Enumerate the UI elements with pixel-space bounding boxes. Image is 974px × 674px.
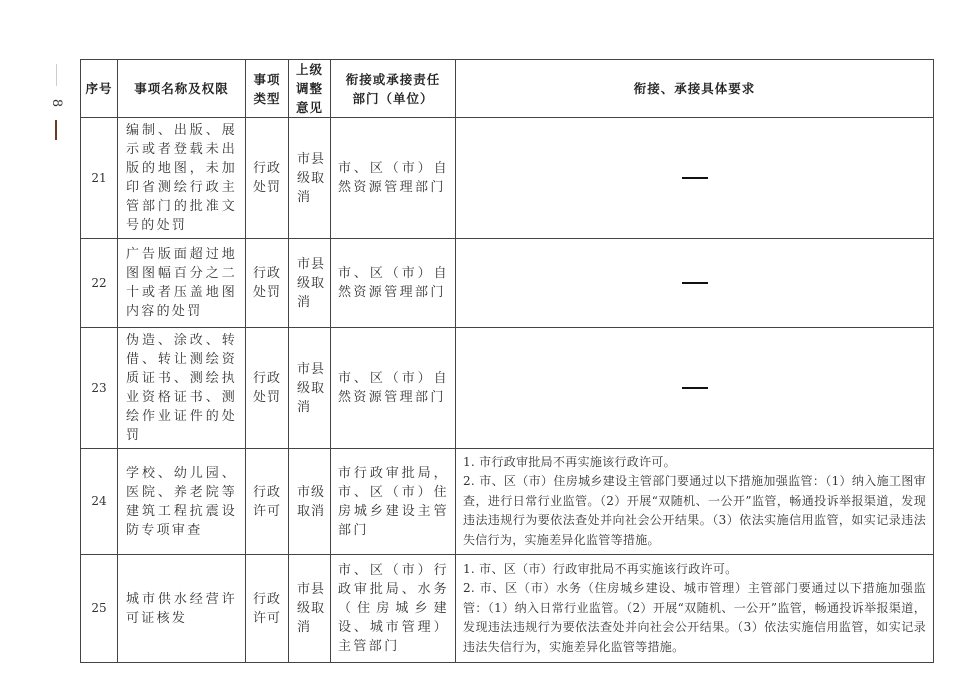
header-requirements: 衔接、承接具体要求 bbox=[456, 60, 934, 118]
row-item-name: 广告版面超过地图图幅百分之二十或者压盖地图内容的处罚 bbox=[118, 239, 246, 328]
header-item-type: 事项类型 bbox=[246, 60, 289, 118]
row-responsible-dept: 市、区（市）行政审批局、水务（住房城乡建设、城市管理）主管部门 bbox=[331, 555, 456, 663]
row-item-type: 行政处罚 bbox=[246, 118, 289, 239]
adjustment-table: 序号 事项名称及权限 事项类型 上级调整意见 衔接或承接责任部门（单位） 衔接、… bbox=[80, 59, 934, 663]
row-item-type: 行政许可 bbox=[246, 449, 289, 555]
em-dash-placeholder bbox=[682, 177, 708, 179]
requirement-line: 2. 市、区（市）水务（住房城乡建设、城市管理）主管部门要通过以下措施加强监管：… bbox=[463, 579, 926, 657]
row-number: 21 bbox=[81, 118, 118, 239]
row-item-type: 行政处罚 bbox=[246, 328, 289, 449]
row-adjustment: 市级取消 bbox=[289, 449, 331, 555]
row-requirements bbox=[456, 239, 934, 328]
page-number: 8 bbox=[44, 62, 68, 142]
header-adjustment: 上级调整意见 bbox=[289, 60, 331, 118]
requirement-line: 1. 市、区（市）行政审批局不再实施该行政许可。 bbox=[463, 560, 926, 580]
row-item-type: 行政处罚 bbox=[246, 239, 289, 328]
row-item-name: 编制、出版、展示或者登载未出版的地图，未加印省测绘行政主管部门的批准文号的处罚 bbox=[118, 118, 246, 239]
page-number-dash-top bbox=[56, 64, 57, 86]
row-requirements: 1. 市、区（市）行政审批局不再实施该行政许可。 2. 市、区（市）水务（住房城… bbox=[456, 555, 934, 663]
row-item-name: 城市供水经营许可证核发 bbox=[118, 555, 246, 663]
table-row: 23 伪造、涂改、转借、转让测绘资质证书、测绘执业资格证书、测绘作业证件的处罚 … bbox=[81, 328, 934, 449]
header-item-name: 事项名称及权限 bbox=[118, 60, 246, 118]
requirement-line: 1. 市行政审批局不再实施该行政许可。 bbox=[463, 453, 926, 473]
row-item-name: 伪造、涂改、转借、转让测绘资质证书、测绘执业资格证书、测绘作业证件的处罚 bbox=[118, 328, 246, 449]
table-row: 24 学校、幼儿园、医院、养老院等建筑工程抗震设防专项审查 行政许可 市级取消 … bbox=[81, 449, 934, 555]
table-row: 25 城市供水经营许可证核发 行政许可 市县级取消 市、区（市）行政审批局、水务… bbox=[81, 555, 934, 663]
row-adjustment: 市县级取消 bbox=[289, 239, 331, 328]
row-item-type: 行政许可 bbox=[246, 555, 289, 663]
row-adjustment: 市县级取消 bbox=[289, 555, 331, 663]
row-requirements bbox=[456, 118, 934, 239]
table-row: 22 广告版面超过地图图幅百分之二十或者压盖地图内容的处罚 行政处罚 市县级取消… bbox=[81, 239, 934, 328]
em-dash-placeholder bbox=[682, 387, 708, 389]
row-number: 22 bbox=[81, 239, 118, 328]
page-number-value: 8 bbox=[49, 99, 63, 107]
row-adjustment: 市县级取消 bbox=[289, 328, 331, 449]
em-dash-placeholder bbox=[682, 282, 708, 284]
row-number: 25 bbox=[81, 555, 118, 663]
row-responsible-dept: 市、区（市）自然资源管理部门 bbox=[331, 118, 456, 239]
header-responsible-dept: 衔接或承接责任部门（单位） bbox=[331, 60, 456, 118]
page-number-dash-bottom bbox=[55, 120, 57, 140]
row-number: 23 bbox=[81, 328, 118, 449]
table-row: 21 编制、出版、展示或者登载未出版的地图，未加印省测绘行政主管部门的批准文号的… bbox=[81, 118, 934, 239]
row-item-name: 学校、幼儿园、医院、养老院等建筑工程抗震设防专项审查 bbox=[118, 449, 246, 555]
requirement-line: 2. 市、区（市）住房城乡建设主管部门要通过以下措施加强监管：（1）纳入施工图审… bbox=[463, 472, 926, 550]
row-responsible-dept: 市、区（市）自然资源管理部门 bbox=[331, 328, 456, 449]
row-number: 24 bbox=[81, 449, 118, 555]
header-number: 序号 bbox=[81, 60, 118, 118]
row-responsible-dept: 市行政审批局，市、区（市）住房城乡建设主管部门 bbox=[331, 449, 456, 555]
table-header-row: 序号 事项名称及权限 事项类型 上级调整意见 衔接或承接责任部门（单位） 衔接、… bbox=[81, 60, 934, 118]
row-requirements: 1. 市行政审批局不再实施该行政许可。 2. 市、区（市）住房城乡建设主管部门要… bbox=[456, 449, 934, 555]
row-responsible-dept: 市、区（市）自然资源管理部门 bbox=[331, 239, 456, 328]
row-requirements bbox=[456, 328, 934, 449]
row-adjustment: 市县级取消 bbox=[289, 118, 331, 239]
